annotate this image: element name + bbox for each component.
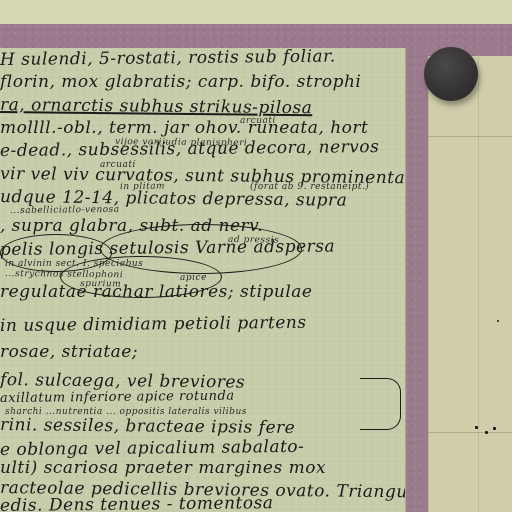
handwritten-line: rosae, striatae; xyxy=(0,342,138,362)
handwritten-line: , supra glabra, subt. ad nerv. xyxy=(0,216,263,236)
paper-fold-line xyxy=(428,432,512,433)
folded-paper-sheet xyxy=(428,56,512,512)
handwritten-manuscript-page: H sulendi, 5-rostati, rostis sub foliar.… xyxy=(0,48,406,512)
paper-fold-line xyxy=(428,136,512,137)
handwritten-line: in alvinin sect. I. speciebus xyxy=(5,259,143,269)
handwritten-line: spurium xyxy=(80,279,121,289)
handwritten-line: axillatum inferiore apice rotunda xyxy=(0,389,235,406)
handwritten-line: in usque dimidiam petioli partens xyxy=(0,313,307,336)
photo-stage: H sulendi, 5-rostati, rostis sub foliar.… xyxy=(0,0,512,512)
magnet-disc[interactable] xyxy=(424,47,478,101)
handwritten-line: H sulendi, 5-rostati, rostis sub foliar. xyxy=(0,48,336,70)
handwritten-line: rini. sessiles, bracteae ipsis fere xyxy=(0,415,295,438)
handwritten-line: edis. Dens tenues - tomentosa xyxy=(0,493,274,512)
handwritten-line: e oblonga vel apicalium sabalato- xyxy=(0,437,304,460)
paper-fold-line-vertical xyxy=(478,56,479,512)
handwritten-line: pelis longis setulosis Varne adspersa xyxy=(0,236,335,260)
ink-speck xyxy=(497,320,499,322)
handwritten-line: ulti) scariosa praeter margines mox xyxy=(0,458,326,478)
handwritten-line: florin, mox glabratis; carp. bifo. strop… xyxy=(0,72,361,92)
handwritten-line: regulatae rachar latiores; stipulae xyxy=(0,282,313,302)
handwritten-line: ...sabelliciatlo-venosa xyxy=(10,205,120,216)
ink-speck xyxy=(475,426,478,429)
handwritten-line: e-dead., subsessilis, atque decora, nerv… xyxy=(0,137,379,161)
ink-arrow-annotation xyxy=(360,378,401,430)
ink-speck xyxy=(485,431,488,434)
ink-speck xyxy=(493,427,496,430)
handwritten-line: mollll.-obl., term. jar ohov. runeata, h… xyxy=(0,118,368,138)
